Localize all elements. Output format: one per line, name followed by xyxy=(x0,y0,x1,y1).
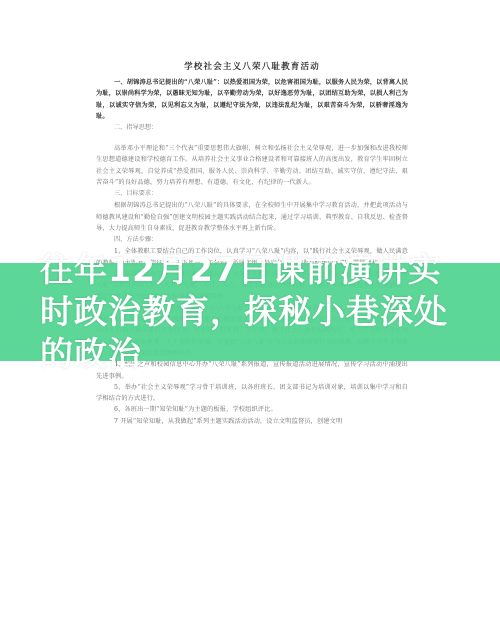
list-item-6: 6、各班出一期“知荣知耻”为主题的板报，学校组织评比。 xyxy=(96,404,408,415)
section-1-body: 胡锦涛总书记提出的“八荣八耻”：以热爱祖国为荣，以危害祖国为耻，以服务人民为荣，… xyxy=(96,79,408,120)
section-4-heading: 四、方法步骤： xyxy=(96,234,408,246)
list-item-5: 5、举办“社会主义荣辱观”学习骨干培训班，以各班班长、团支部书记为培训对象，培训… xyxy=(96,382,408,405)
spacer xyxy=(96,134,408,143)
title-banner: 往年12月27日课前演讲实时政治教育，探秘小巷深处的政治 xyxy=(0,263,500,361)
section-1-text: 一、胡锦涛总书记提出的“八荣八耻”：以热爱祖国为荣，以危害祖国为耻，以服务人民为… xyxy=(96,77,408,122)
section-2-text: 高举邓小平理论和“三个代表”重要思想伟大旗帜，树立和弘扬社会主义荣辱观，进一步加… xyxy=(96,143,408,188)
list-item-7: 7 开展“知荣知耻，从我做起”系列主题实践活动活动，设立文明监督员，创建文明 xyxy=(96,416,408,427)
section-2-heading: 二、指导思想： xyxy=(96,122,408,134)
banner-title: 往年12月27日课前演讲实时政治教育，探秘小巷深处的政治 xyxy=(40,249,460,375)
section-1-label: 一、 xyxy=(114,79,127,86)
section-3-heading: 三、目标要求： xyxy=(96,188,408,200)
document-title: 学校社会主义八荣八耻教育活动 xyxy=(96,60,408,72)
section-3-text: 根据胡锦涛总书记提出的“八荣八耻”的具体要求，在全校师生中开展集中学习教育活动，… xyxy=(96,200,408,234)
